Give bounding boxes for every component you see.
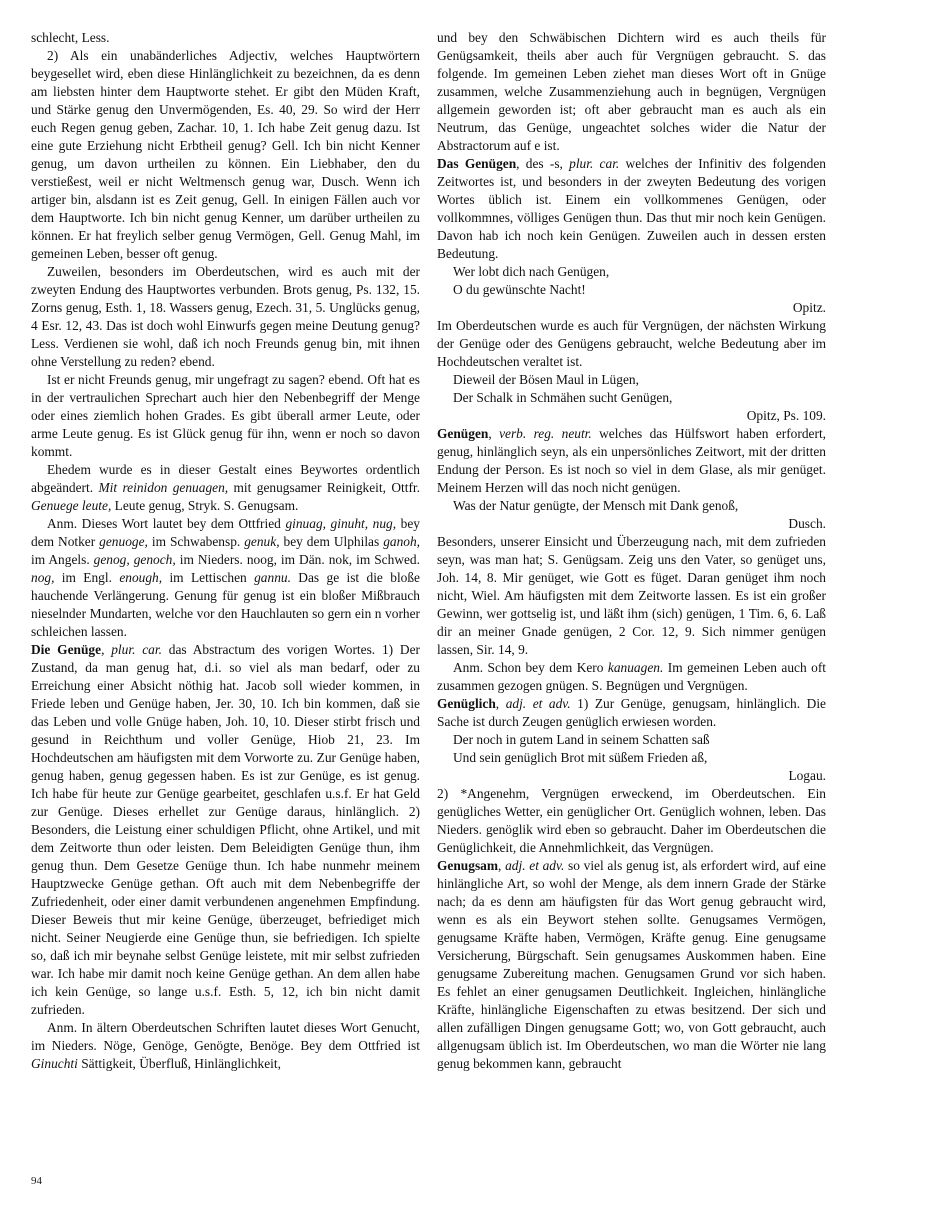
grammar-label: verb. reg. neutr.: [499, 426, 592, 441]
entry-genuegen: Genügen, verb. reg. neutr. welches das H…: [437, 425, 826, 497]
grammar-label: plur. car.: [569, 156, 619, 171]
citation-attribution: Opitz, Ps. 109.: [437, 407, 826, 425]
grammar-label: adj. et adv.: [505, 858, 564, 873]
text: im Angels.: [31, 552, 94, 567]
entry-genueglich: Genüglich, adj. et adv. 1) Zur Genüge, g…: [437, 695, 826, 731]
old-german-quote: Genuege leute,: [31, 498, 111, 513]
text: Anm. Dieses Wort lautet bey dem Ottfried: [47, 516, 285, 531]
verse-line: Wer lobt dich nach Genügen,: [437, 263, 826, 281]
etymon: Ginuchti: [31, 1056, 78, 1071]
dictionary-page: schlecht, Less. 2) Als ein unabänderlich…: [0, 0, 935, 1210]
page-number: 94: [31, 1175, 42, 1187]
paragraph: 2) *Angenehm, Vergnügen erweckend, im Ob…: [437, 785, 826, 857]
text: Sättigkeit, Überfluß, Hinlänglichkeit,: [78, 1056, 281, 1071]
etymon: ginuag, ginuht, nug,: [285, 516, 396, 531]
paragraph: Im Oberdeutschen wurde es auch für Vergn…: [437, 317, 826, 371]
text: im Lettischen: [162, 570, 254, 585]
entry-die-genuege: Die Genüge, plur. car. das Abstractum de…: [31, 641, 420, 1019]
headword: Genüglich: [437, 696, 496, 711]
entry-genugsam: Genugsam, adj. et adv. so viel als genug…: [437, 857, 826, 1073]
verse-line: Was der Natur genügte, der Mensch mit Da…: [437, 497, 826, 515]
text: im Engl.: [54, 570, 119, 585]
verse-line: Der Schalk in Schmähen sucht Genügen,: [437, 389, 826, 407]
etymology-note: Anm. Schon bey dem Kero kanuagen. Im gem…: [437, 659, 826, 695]
etymology-note: Anm. Dieses Wort lautet bey dem Ottfried…: [31, 515, 420, 641]
text: ,: [488, 426, 499, 441]
paragraph: Zuweilen, besonders im Oberdeutschen, wi…: [31, 263, 420, 371]
text: Anm. In ältern Oberdeutschen Schriften l…: [31, 1020, 420, 1053]
text: Leute genug, Stryk. S. Genugsam.: [111, 498, 298, 513]
citation-attribution: Opitz.: [437, 299, 826, 317]
etymon: enough,: [119, 570, 162, 585]
etymon: genog, genoch,: [94, 552, 176, 567]
left-column: schlecht, Less. 2) Als ein unabänderlich…: [31, 29, 420, 1073]
paragraph: Ist er nicht Freunds genug, mir ungefrag…: [31, 371, 420, 461]
definition: das Abstractum des vorigen Wortes. 1) De…: [31, 642, 420, 1017]
etymon: ganoh,: [383, 534, 420, 549]
paragraph: Besonders, unserer Einsicht und Überzeug…: [437, 533, 826, 659]
verse-line: Und sein genüglich Brot mit süßem Friede…: [437, 749, 826, 767]
etymology-note: Anm. In ältern Oberdeutschen Schriften l…: [31, 1019, 420, 1073]
grammar-label: adj. et adv.: [506, 696, 571, 711]
etymon: genuoge,: [99, 534, 148, 549]
text: mit genugsamer Reinigkeit, Ottfr.: [228, 480, 420, 495]
text: Anm. Schon bey dem Kero: [453, 660, 608, 675]
text: im Schwabensp.: [148, 534, 244, 549]
definition: so viel als genug ist, als erfordert wir…: [437, 858, 826, 1071]
paragraph: und bey den Schwäbischen Dichtern wird e…: [437, 29, 826, 155]
verse-line: O du gewünschte Nacht!: [437, 281, 826, 299]
verse-line: Dieweil der Bösen Maul in Lügen,: [437, 371, 826, 389]
text: im Nieders. noog, im Dän. nok, im Schwed…: [176, 552, 420, 567]
grammar-label: plur. car.: [111, 642, 162, 657]
text: ,: [101, 642, 111, 657]
text: ,: [496, 696, 506, 711]
definition: welches der Infinitiv des folgenden Zeit…: [437, 156, 826, 261]
etymon: kanuagen.: [608, 660, 663, 675]
text: , des -s,: [516, 156, 569, 171]
headword: Die Genüge: [31, 642, 101, 657]
old-german-quote: Mit reinidon genuagen,: [98, 480, 228, 495]
headword: Genügen: [437, 426, 488, 441]
paragraph: 2) Als ein unabänderliches Adjectiv, wel…: [31, 47, 420, 263]
paragraph: schlecht, Less.: [31, 29, 420, 47]
citation-attribution: Dusch.: [437, 515, 826, 533]
headword: Genugsam: [437, 858, 498, 873]
entry-das-genuegen: Das Genügen, des -s, plur. car. welches …: [437, 155, 826, 263]
etymon: gannu.: [254, 570, 291, 585]
paragraph: Ehedem wurde es in dieser Gestalt eines …: [31, 461, 420, 515]
verse-line: Der noch in gutem Land in seinem Schatte…: [437, 731, 826, 749]
etymon: nog,: [31, 570, 54, 585]
headword: Das Genügen: [437, 156, 516, 171]
citation-attribution: Logau.: [437, 767, 826, 785]
text: bey dem Ulphilas: [280, 534, 384, 549]
etymon: genuk,: [244, 534, 279, 549]
right-column: und bey den Schwäbischen Dichtern wird e…: [437, 29, 826, 1073]
